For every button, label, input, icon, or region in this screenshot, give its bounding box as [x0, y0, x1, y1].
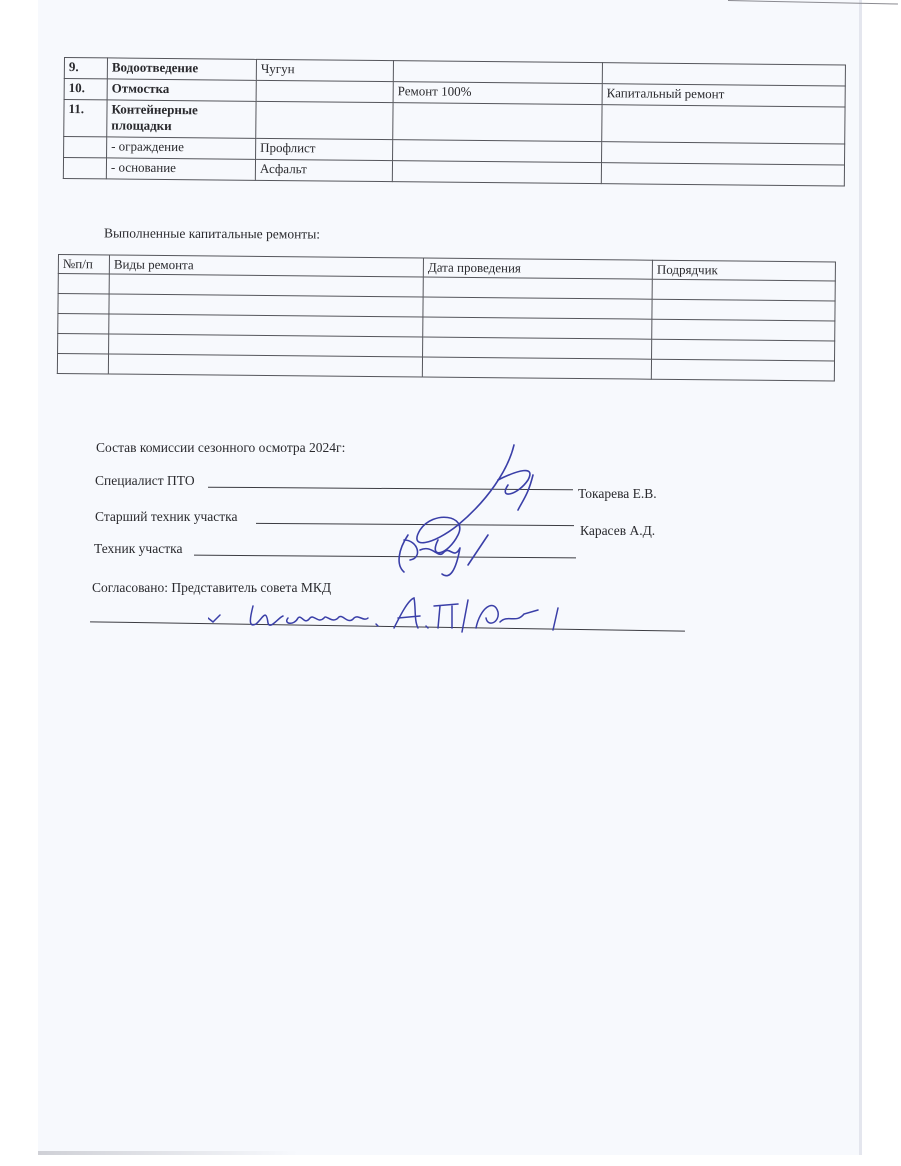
row-number: 9. [64, 58, 107, 79]
element-name: - основание [106, 158, 255, 180]
features-table: 9.ВодоотведениеЧугун10.ОтмосткаРемонт 10… [63, 57, 846, 187]
row-number [64, 137, 107, 158]
repair-cell [652, 279, 835, 301]
element-name: Водоотведение [107, 58, 256, 80]
condition [393, 103, 602, 142]
row-number: 11. [64, 100, 107, 137]
element-name: - ограждение [107, 137, 256, 159]
material: Чугун [256, 59, 393, 81]
repair-cell [422, 357, 651, 379]
row-number: 10. [64, 79, 107, 100]
repair-cell [57, 354, 108, 374]
row-number [63, 158, 106, 179]
approval-handwriting-icon [208, 588, 678, 638]
material [256, 101, 393, 139]
role-senior-tech: Старший техник участка [95, 509, 237, 525]
commission-title: Состав комиссии сезонного осмотра 2024г: [96, 440, 345, 456]
action [602, 105, 845, 144]
material: Профлист [256, 138, 393, 160]
condition [393, 61, 602, 84]
repair-cell [58, 314, 109, 334]
action [602, 63, 845, 86]
condition [392, 161, 601, 184]
repair-cell [423, 317, 652, 339]
repair-cell [652, 299, 835, 321]
element-name: Контейнерные площадки [107, 100, 256, 138]
repair-cell [108, 354, 422, 377]
repair-cell [423, 337, 652, 359]
repairs-table: №п/п Виды ремонта Дата проведения Подряд… [57, 254, 836, 381]
header-num: №п/п [58, 255, 109, 274]
repair-cell [651, 359, 834, 381]
scanned-page: 9.ВодоотведениеЧугун10.ОтмосткаРемонт 10… [38, 0, 862, 1155]
role-pto: Специалист ПТО [95, 473, 195, 489]
action [601, 163, 844, 186]
repair-cell [652, 339, 835, 361]
material: Асфальт [255, 159, 392, 181]
repair-cell [423, 277, 652, 299]
role-tech: Техник участка [94, 541, 182, 557]
element-name: Отмостка [107, 79, 256, 101]
header-date: Дата проведения [423, 258, 652, 279]
handwritten-signatures-icon [338, 440, 558, 585]
name-pto: Токарева Е.В. [578, 486, 657, 502]
repair-cell [652, 319, 835, 341]
repairs-caption: Выполненные капитальные ремонты: [104, 225, 320, 242]
condition [393, 140, 602, 163]
action [602, 142, 845, 165]
top-table-edge [728, 0, 898, 5]
header-contractor: Подрядчик [652, 260, 835, 281]
repair-cell [58, 294, 109, 314]
material [256, 80, 393, 102]
scan-edge-shadow [38, 1151, 298, 1155]
name-senior-tech: Карасев А.Д. [580, 523, 655, 539]
condition: Ремонт 100% [393, 82, 602, 105]
repair-cell [58, 334, 109, 354]
action: Капитальный ремонт [602, 84, 845, 107]
repair-cell [423, 297, 652, 319]
repair-cell [58, 274, 109, 294]
